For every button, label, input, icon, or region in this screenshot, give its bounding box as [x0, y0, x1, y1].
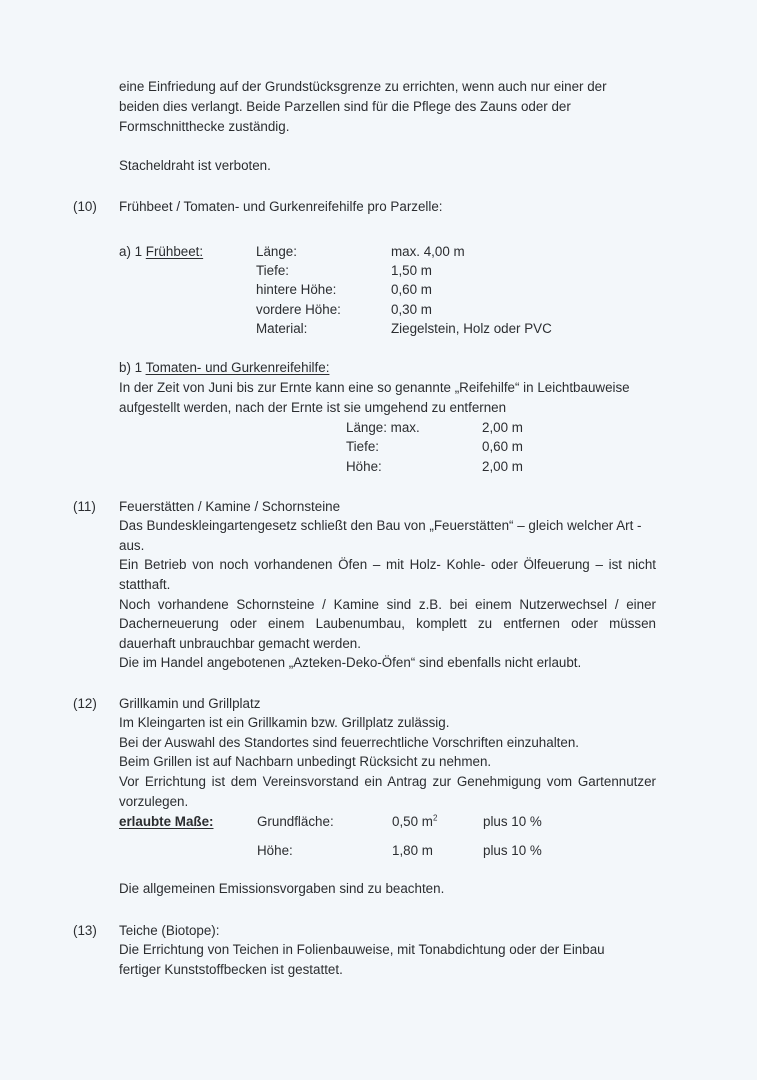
section-line: Ein Betrieb von noch vorhandenen Öfen – … — [119, 555, 656, 575]
item-b-prefix: b) 1 — [119, 360, 146, 375]
spec-value: 1,50 m — [391, 261, 432, 281]
item-b-line: aufgestellt werden, nach der Ernte ist s… — [119, 398, 506, 418]
section-title: Frühbeet / Tomaten- und Gurkenreifehilfe… — [119, 197, 443, 217]
section-line: Die Errichtung von Teichen in Folienbauw… — [119, 940, 605, 960]
spec-key: hintere Höhe: — [256, 280, 336, 300]
spec-value: 2,00 m — [482, 418, 523, 438]
item-a-prefix: a) 1 — [119, 244, 146, 259]
section-line: statthaft. — [119, 575, 170, 595]
spec-key: Höhe: — [346, 457, 382, 477]
intro-line: eine Einfriedung auf der Grundstücksgren… — [119, 77, 607, 97]
section-title: Teiche (Biotope): — [119, 921, 219, 941]
superscript: 2 — [433, 814, 437, 823]
section-number: (12) — [73, 694, 97, 714]
spec-key: vordere Höhe: — [256, 300, 341, 320]
spec-key: Länge: max. — [346, 418, 420, 438]
item-b-heading: Tomaten- und Gurkenreifehilfe: — [146, 360, 330, 375]
section-line: aus. — [119, 536, 144, 556]
spec-key: Länge: — [256, 242, 297, 262]
spec-value: 0,30 m — [391, 300, 432, 320]
section-line: Noch vorhandene Schornsteine / Kamine si… — [119, 595, 656, 615]
spec-value: max. 4,00 m — [391, 242, 465, 262]
section-line: Bei der Auswahl des Standortes sind feue… — [119, 733, 579, 753]
intro-line: beiden dies verlangt. Beide Parzellen si… — [119, 97, 571, 117]
section-line: Vor Errichtung ist dem Vereinsvorstand e… — [119, 772, 656, 792]
spec-key: Tiefe: — [346, 437, 379, 457]
item-b-line: In der Zeit von Juni bis zur Ernte kann … — [119, 378, 630, 398]
spec-value: 0,60 m — [391, 280, 432, 300]
section-line: Das Bundeskleingartengesetz schließt den… — [119, 516, 642, 536]
spec-value: 2,00 m — [482, 457, 523, 477]
spec-value: 1,80 m — [392, 841, 433, 861]
section-line: Beim Grillen ist auf Nachbarn unbedingt … — [119, 752, 491, 772]
section-line: Im Kleingarten ist ein Grillkamin bzw. G… — [119, 713, 449, 733]
section-line: vorzulegen. — [119, 792, 188, 812]
section-line: Dacherneuerung oder einem Laubenumbau, k… — [119, 614, 656, 634]
spec-key: Grundfläche: — [257, 812, 334, 832]
spec-extra: plus 10 % — [483, 812, 542, 832]
spec-value-text: 0,50 m — [392, 814, 433, 829]
dims-label: erlaubte Maße: — [119, 812, 214, 832]
section-note: Die allgemeinen Emissionsvorgaben sind z… — [119, 879, 444, 899]
spec-value: Ziegelstein, Holz oder PVC — [391, 319, 552, 339]
intro-line: Formschnitthecke zuständig. — [119, 117, 289, 137]
spec-extra: plus 10 % — [483, 841, 542, 861]
spec-key: Tiefe: — [256, 261, 289, 281]
section-line: Die im Handel angebotenen „Azteken-Deko-… — [119, 653, 581, 673]
section-number: (13) — [73, 921, 97, 941]
intro-note: Stacheldraht ist verboten. — [119, 156, 271, 176]
section-line: dauerhaft unbrauchbar gemacht werden. — [119, 634, 361, 654]
spec-value: 0,50 m2 — [392, 812, 437, 832]
section-number: (10) — [73, 197, 97, 217]
section-line: fertiger Kunststoffbecken ist gestattet. — [119, 960, 343, 980]
section-title: Grillkamin und Grillplatz — [119, 694, 260, 714]
spec-value: 0,60 m — [482, 437, 523, 457]
section-title: Feuerstätten / Kamine / Schornsteine — [119, 497, 340, 517]
item-a-heading: Frühbeet: — [146, 244, 203, 259]
spec-key: Höhe: — [257, 841, 293, 861]
section-number: (11) — [73, 497, 96, 517]
spec-key: Material: — [256, 319, 307, 339]
item-a-label: a) 1 Frühbeet: — [119, 242, 203, 262]
item-b-label: b) 1 Tomaten- und Gurkenreifehilfe: — [119, 358, 329, 378]
